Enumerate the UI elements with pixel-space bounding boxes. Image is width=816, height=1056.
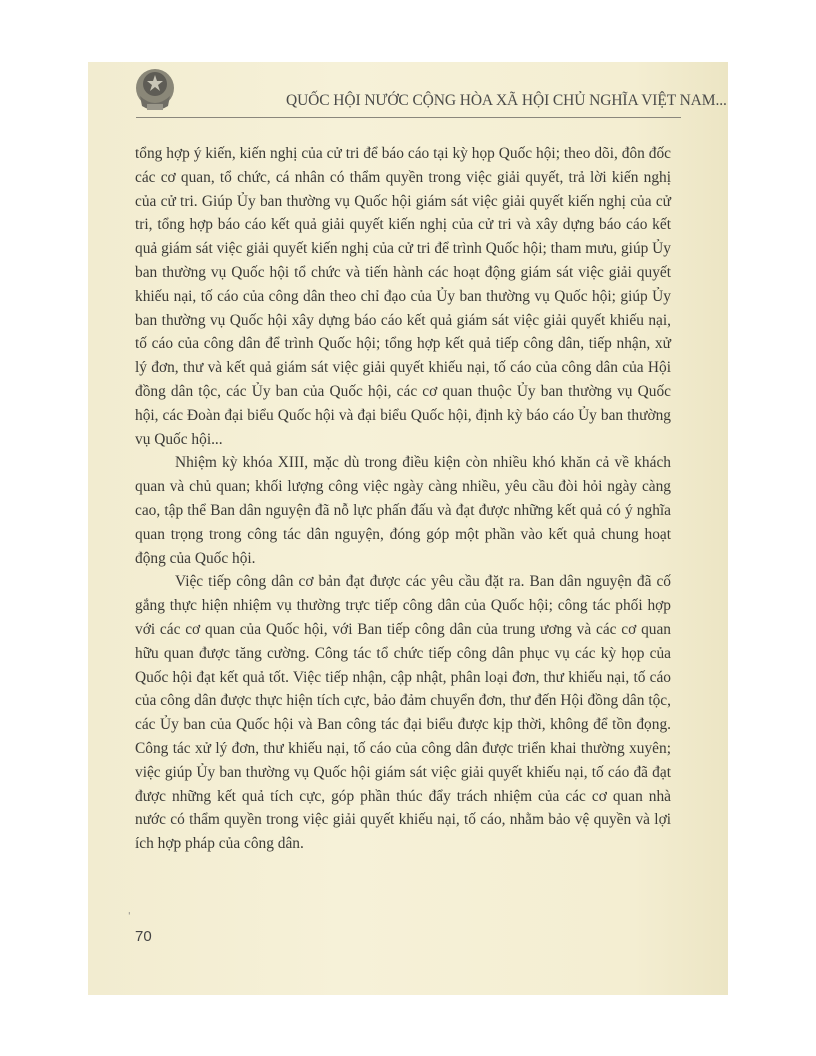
stray-mark: ': [128, 912, 130, 922]
running-head-title: QUỐC HỘI NƯỚC CỘNG HÒA XÃ HỘI CHỦ NGHĨA …: [286, 92, 727, 110]
national-emblem-icon: [134, 66, 176, 116]
book-page: QUỐC HỘI NƯỚC CỘNG HÒA XÃ HỘI CHỦ NGHĨA …: [88, 62, 728, 995]
paragraph: Nhiệm kỳ khóa XIII, mặc dù trong điều ki…: [135, 451, 671, 570]
body-text: tổng hợp ý kiến, kiến nghị của cử tri để…: [135, 142, 671, 856]
page-number: 70: [135, 928, 152, 945]
paragraph: Việc tiếp công dân cơ bản đạt được các y…: [135, 570, 671, 856]
header-rule: [136, 117, 681, 118]
paragraph: tổng hợp ý kiến, kiến nghị của cử tri để…: [135, 142, 671, 451]
